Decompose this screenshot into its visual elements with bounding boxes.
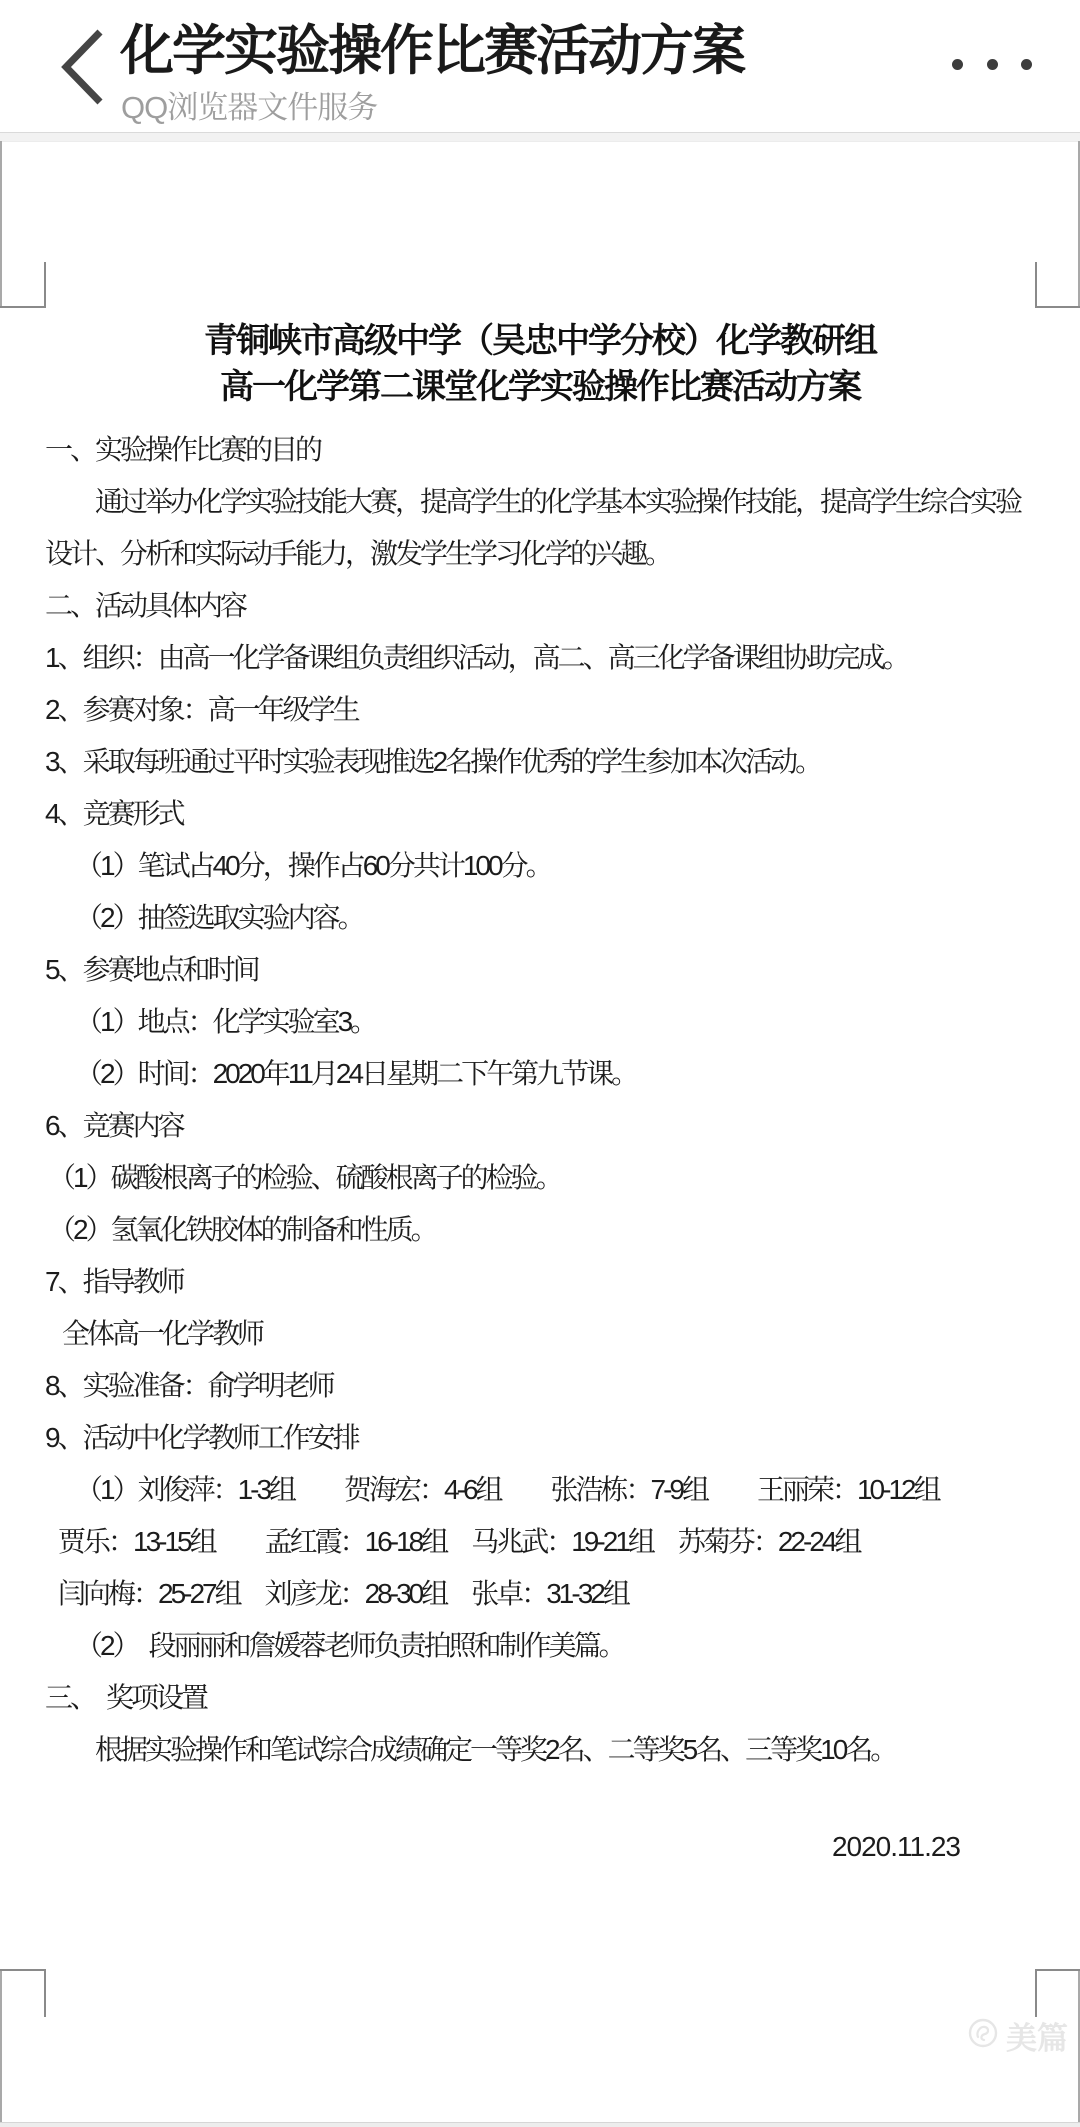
doc-paragraph: （1）笔试占40分，操作占60分共计100分。: [0, 840, 1080, 892]
doc-paragraphs: 一、实验操作比赛的目的通过举办化学实验技能大赛，提高学生的化学基本实验操作技能，…: [0, 424, 1080, 1873]
document-title-line2: 高一化学第二课堂化学实验操作比赛活动方案: [0, 364, 1080, 410]
document-title: 青铜峡市高级中学（吴忠中学分校）化学教研组 高一化学第二课堂化学实验操作比赛活动…: [0, 318, 1080, 410]
doc-paragraph: 6、竞赛内容: [0, 1100, 1080, 1152]
doc-paragraph: 3、采取每班通过平时实验表现推选2名操作优秀的学生参加本次活动。: [0, 736, 1080, 788]
doc-paragraph: （2）抽签选取实验内容。: [0, 892, 1080, 944]
doc-paragraph: 7、指导教师: [0, 1256, 1080, 1308]
ellipsis-icon: [1021, 59, 1032, 70]
doc-paragraph: 全体高一化学教师: [0, 1308, 1080, 1360]
ellipsis-icon: [952, 59, 963, 70]
doc-paragraph: 设计、分析和实际动手能力，激发学生学习化学的兴趣。: [0, 528, 1080, 580]
page-edge-left-top: [0, 141, 2, 308]
doc-paragraph: 一、实验操作比赛的目的: [0, 424, 1080, 476]
doc-paragraph: 通过举办化学实验技能大赛，提高学生的化学基本实验操作技能，提高学生综合实验: [0, 476, 1080, 528]
doc-paragraph: （1）碳酸根离子的检验、硫酸根离子的检验。: [0, 1152, 1080, 1204]
doc-paragraph: 1、组织：由高一化学备课组负责组织活动，高二、高三化学备课组协助完成。: [0, 632, 1080, 684]
doc-paragraph: 三、 奖项设置: [0, 1672, 1080, 1724]
page-edge-left-bottom: [0, 1970, 2, 2122]
meipian-logo-icon: [968, 2018, 998, 2053]
ellipsis-icon: [987, 59, 998, 70]
meipian-watermark-text: 美篇: [1006, 2013, 1068, 2058]
file-source-label: QQ浏览器文件服务: [121, 82, 721, 120]
doc-paragraph: 9、活动中化学教师工作安排: [0, 1412, 1080, 1464]
doc-paragraph: 贾乐：13-15组 孟红霞：16-18组 马兆武：19-21组 苏菊芬：22-2…: [0, 1516, 1080, 1568]
doc-paragraph: （2）氢氧化铁胶体的制备和性质。: [0, 1204, 1080, 1256]
doc-paragraph: （2） 段丽丽和詹媛蓉老师负责拍照和制作美篇。: [0, 1620, 1080, 1672]
app-header: 化学实验操作比赛活动方案 QQ浏览器文件服务: [0, 0, 1080, 133]
corner-mark-bottom-right: [1035, 1969, 1080, 1971]
corner-mark-bottom-left: [44, 1969, 46, 2017]
more-options-button[interactable]: [952, 44, 1032, 84]
file-title: 化学实验操作比赛活动方案: [120, 8, 840, 78]
document-title-line1: 青铜峡市高级中学（吴忠中学分校）化学教研组: [0, 318, 1080, 364]
back-button[interactable]: [52, 24, 108, 110]
doc-paragraph: 闫向梅：25-27组 刘彦龙：28-30组 张卓：31-32组: [0, 1568, 1080, 1620]
corner-mark-bottom-left: [0, 1969, 46, 1971]
meipian-watermark: 美篇: [968, 2014, 1078, 2056]
document-date: 2020.11.23: [0, 1821, 1080, 1873]
corner-mark-bottom-right: [1035, 1969, 1037, 2017]
corner-mark-top-right: [1035, 262, 1037, 307]
page-bottom-edge: [0, 2122, 1080, 2127]
doc-paragraph: 二、活动具体内容: [0, 580, 1080, 632]
chevron-left-icon: [52, 97, 108, 114]
corner-mark-top-right: [1035, 306, 1080, 308]
doc-paragraph: 2、参赛对象：高一年级学生: [0, 684, 1080, 736]
doc-paragraph: （1）刘俊萍：1-3组 贺海宏：4-6组 张浩栋：7-9组 王丽荣：10-12组: [0, 1464, 1080, 1516]
doc-paragraph: 5、参赛地点和时间: [0, 944, 1080, 996]
doc-paragraph: 8、实验准备：俞学明老师: [0, 1360, 1080, 1412]
doc-paragraph: 根据实验操作和笔试综合成绩确定一等奖2名、二等奖5名、三等奖10名。: [0, 1724, 1080, 1776]
corner-mark-top-left: [44, 262, 46, 307]
doc-paragraph: 4、竞赛形式: [0, 788, 1080, 840]
doc-paragraph: （1）地点：化学实验室3。: [0, 996, 1080, 1048]
corner-mark-top-left: [0, 306, 46, 308]
doc-paragraph: （2）时间：2020年11月24日星期二下午第九节课。: [0, 1048, 1080, 1100]
